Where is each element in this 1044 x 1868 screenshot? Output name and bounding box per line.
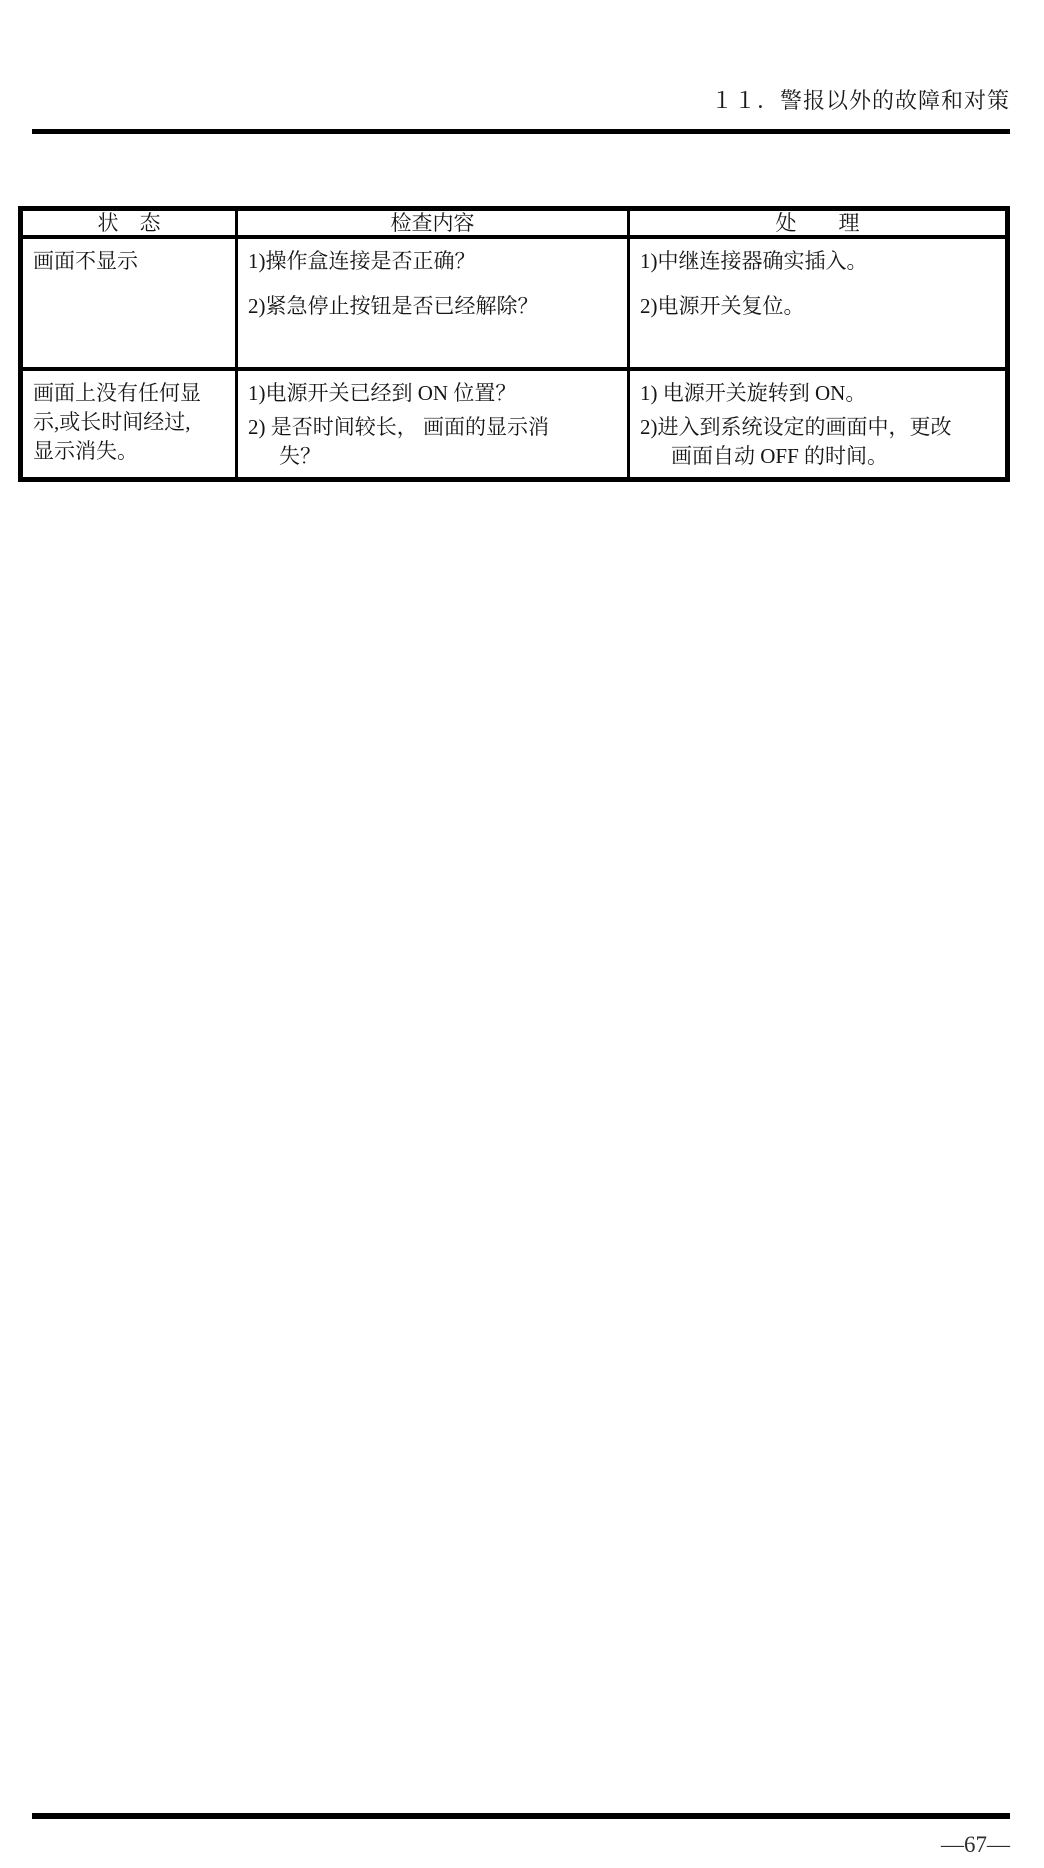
- footer-rule: [32, 1813, 1010, 1819]
- action-item-text: 1)中继连接器确实插入。: [640, 247, 997, 276]
- status-text: 画面上没有任何显: [33, 379, 227, 408]
- action-item-text: 画面自动 OFF 的时间。: [640, 442, 997, 471]
- check-item-text: 2)紧急停止按钮是否已经解除？: [248, 292, 619, 321]
- check-item: 2) 是否时间较长， 画面的显示消 失？: [248, 413, 619, 471]
- header-rule: [32, 129, 1010, 134]
- column-header-action: 处 理: [630, 211, 1005, 239]
- check-item-text: 2) 是否时间较长， 画面的显示消: [248, 413, 619, 442]
- action-item: 1) 电源开关旋转到 ON。: [640, 379, 997, 408]
- status-text: 显示消失。: [33, 437, 227, 466]
- action-item: 2)进入到系统设定的画面中，更改 画面自动 OFF 的时间。: [640, 413, 997, 471]
- status-text: 示,或长时间经过,: [33, 408, 227, 437]
- table-row-1-action-cell: 1)中继连接器确实插入。 2)电源开关复位。: [630, 239, 1005, 371]
- action-item-text: 2)电源开关复位。: [640, 292, 997, 321]
- troubleshooting-table: 状 态 检查内容 处 理 画面不显示 1)操作盒连接是否正确？ 2)紧急停止按钮…: [18, 206, 1010, 482]
- check-item-text: 1)电源开关已经到 ON 位置？: [248, 379, 619, 408]
- check-item-text: 1)操作盒连接是否正确？: [248, 247, 619, 276]
- check-item-text: 失？: [248, 442, 619, 471]
- column-header-status: 状 态: [23, 211, 238, 239]
- status-text: 画面不显示: [33, 247, 227, 276]
- check-item: 1)操作盒连接是否正确？: [248, 247, 619, 276]
- check-item: 1)电源开关已经到 ON 位置？: [248, 379, 619, 408]
- table-row-1-check-cell: 1)操作盒连接是否正确？ 2)紧急停止按钮是否已经解除？: [238, 239, 630, 371]
- table-row-2-status-cell: 画面上没有任何显 示,或长时间经过, 显示消失。: [23, 371, 238, 477]
- section-title: １１．警报以外的故障和对策: [711, 84, 1010, 115]
- table-row-2-action-cell: 1) 电源开关旋转到 ON。 2)进入到系统设定的画面中，更改 画面自动 OFF…: [630, 371, 1005, 477]
- column-header-check: 检查内容: [238, 211, 630, 239]
- action-item: 2)电源开关复位。: [640, 292, 997, 321]
- page-number: —67—: [941, 1832, 1010, 1858]
- table-row-2-check-cell: 1)电源开关已经到 ON 位置？ 2) 是否时间较长， 画面的显示消 失？: [238, 371, 630, 477]
- check-item: 2)紧急停止按钮是否已经解除？: [248, 292, 619, 321]
- action-item: 1)中继连接器确实插入。: [640, 247, 997, 276]
- action-item-text: 1) 电源开关旋转到 ON。: [640, 379, 997, 408]
- action-item-text: 2)进入到系统设定的画面中，更改: [640, 413, 997, 442]
- table-row-1-status-cell: 画面不显示: [23, 239, 238, 371]
